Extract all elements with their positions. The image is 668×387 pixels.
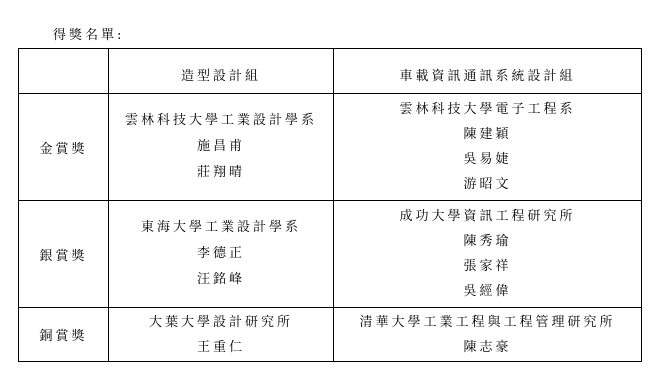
silver-design-group-cell: 東海大學工業設計學系 李德正 汪銘峰 [109,201,334,308]
member-name: 游昭文 [334,172,641,197]
table-row-gold: 金賞獎 雲林科技大學工業設計學系 施昌甫 莊翔晴 雲林科技大學電子工程系 陳建穎… [19,94,642,201]
school-name: 東海大學工業設計學系 [109,215,333,241]
gold-telematics-group-cell: 雲林科技大學電子工程系 陳建穎 吳易婕 游昭文 [334,94,642,201]
member-name: 王重仁 [109,335,333,360]
member-name: 陳秀瑜 [334,229,641,254]
award-name-silver: 銀賞獎 [19,201,109,308]
school-name: 清華大學工業工程與工程管理研究所 [334,310,641,335]
award-name-gold: 金賞獎 [19,94,109,201]
school-name: 雲林科技大學工業設計學系 [109,108,333,134]
member-name: 陳志豪 [334,335,641,360]
table-row-bronze: 銅賞獎 大葉大學設計研究所 王重仁 清華大學工業工程與工程管理研究所 陳志豪 [19,308,642,362]
header-design-group: 造型設計組 [109,49,334,94]
table-header-row: 造型設計組 車載資訊通訊系統設計組 [19,49,642,94]
bronze-design-group-cell: 大葉大學設計研究所 王重仁 [109,308,334,362]
bronze-telematics-group-cell: 清華大學工業工程與工程管理研究所 陳志豪 [334,308,642,362]
member-name: 施昌甫 [109,134,333,160]
school-name: 成功大學資訊工程研究所 [334,204,641,229]
school-name: 大葉大學設計研究所 [109,310,333,335]
gold-design-group-cell: 雲林科技大學工業設計學系 施昌甫 莊翔晴 [109,94,334,201]
member-name: 汪銘峰 [109,267,333,293]
award-name-bronze: 銅賞獎 [19,308,109,362]
header-award-column [19,49,109,94]
member-name: 吳易婕 [334,147,641,172]
member-name: 張家祥 [334,254,641,279]
table-row-silver: 銀賞獎 東海大學工業設計學系 李德正 汪銘峰 成功大學資訊工程研究所 陳秀瑜 張… [19,201,642,308]
member-name: 吳經偉 [334,279,641,304]
member-name: 陳建穎 [334,122,641,147]
member-name: 莊翔晴 [109,160,333,186]
silver-telematics-group-cell: 成功大學資訊工程研究所 陳秀瑜 張家祥 吳經偉 [334,201,642,308]
header-telematics-group: 車載資訊通訊系統設計組 [334,49,642,94]
award-winners-table: 造型設計組 車載資訊通訊系統設計組 金賞獎 雲林科技大學工業設計學系 施昌甫 莊… [18,48,642,362]
award-list-caption: 得獎名單: [53,28,124,44]
member-name: 李德正 [109,241,333,267]
school-name: 雲林科技大學電子工程系 [334,97,641,122]
